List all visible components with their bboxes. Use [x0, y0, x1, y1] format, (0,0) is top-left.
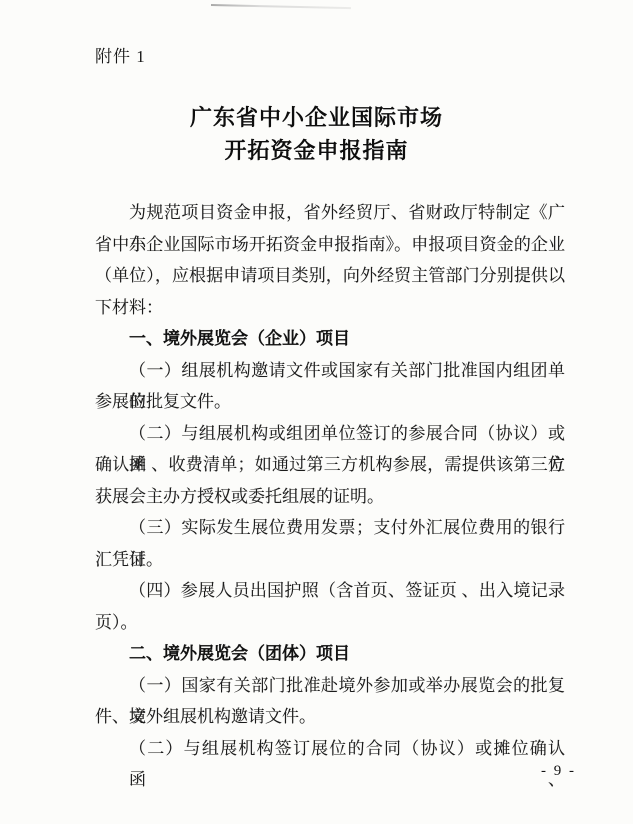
body-text-line: （二）与组展机构签订展位的合同（协议）或摊位确认函、: [95, 733, 565, 765]
body-text-line: 省中小企业国际市场开拓资金申报指南》。申报项目资金的企业: [95, 229, 565, 261]
body-text-line: 汇凭证。: [95, 544, 565, 576]
body-text-line: （三）实际发生展位费用发票；支付外汇展位费用的银行付: [95, 512, 565, 544]
body-text-line: 获展会主办方授权或委托组展的证明。: [95, 481, 565, 513]
attachment-label: 附件 1: [95, 42, 146, 67]
body-text-line: 下材料：: [95, 292, 565, 324]
page-number: - 9 -: [541, 763, 576, 780]
body-text-line: （一）组展机构邀请文件或国家有关部门批准国内组团单位: [95, 355, 565, 387]
body-text-line: 确认函 、收费清单；如通过第三方机构参展，需提供该第三方: [95, 449, 565, 481]
document-page: 附件 1 广东省中小企业国际市场 开拓资金申报指南 为规范项目资金申报，省外经贸…: [0, 0, 633, 824]
body-text-line: （一）国家有关部门批准赴境外参加或举办展览会的批复文: [95, 670, 565, 702]
title-line-1: 广东省中小企业国际市场: [0, 101, 633, 134]
body-text-line: （四）参展人员出国护照（含首页、签证页 、出入境记录: [95, 575, 565, 607]
body-text-line: （二）与组展机构或组团单位签订的参展合同（协议）或摊位: [95, 418, 565, 450]
body-text-line: 为规范项目资金申报，省外经贸厅、省财政厅特制定《广东: [95, 197, 565, 229]
document-title: 广东省中小企业国际市场 开拓资金申报指南: [0, 101, 633, 167]
section-heading-line: 一、境外展览会（企业）项目: [95, 323, 565, 355]
body-text-line: 参展的批复文件。: [95, 386, 565, 418]
body-text-line: 件、境外组展机构邀请文件。: [95, 701, 565, 733]
body-text-line: （单位），应根据申请项目类别，向外经贸主管部门分别提供以: [95, 260, 565, 292]
title-line-2: 开拓资金申报指南: [0, 134, 633, 167]
scan-artifact-line: [211, 4, 351, 9]
section-heading-line: 二、境外展览会（团体）项目: [95, 638, 565, 670]
body-text-line: 页）。: [95, 607, 565, 639]
document-body: 为规范项目资金申报，省外经贸厅、省财政厅特制定《广东省中小企业国际市场开拓资金申…: [95, 197, 565, 764]
